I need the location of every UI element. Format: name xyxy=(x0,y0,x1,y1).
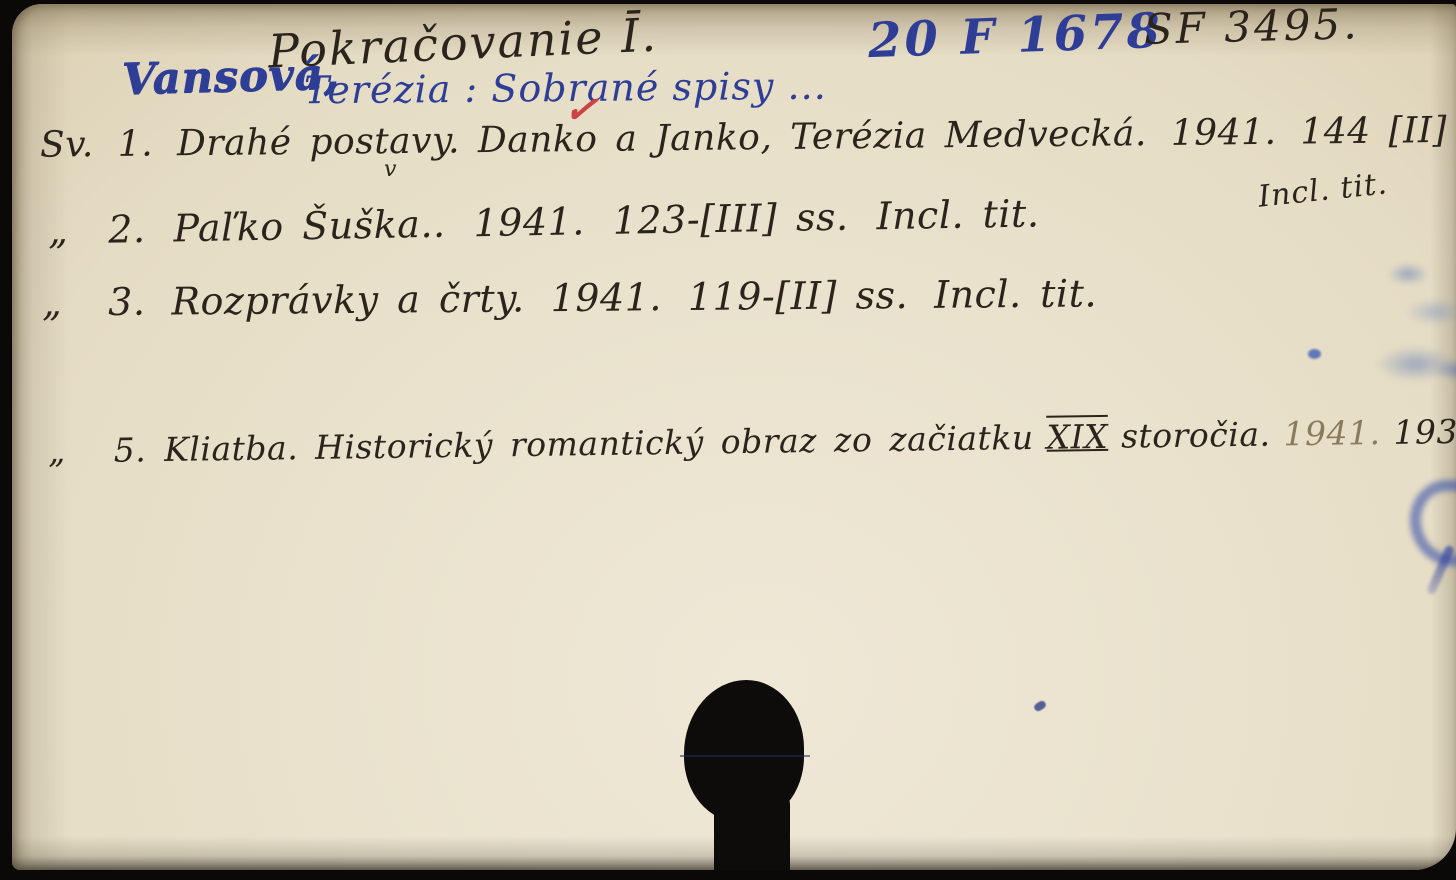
entry-note: Incl. tit. xyxy=(876,193,1040,238)
ditto-mark: „ xyxy=(42,282,63,324)
entry-row-3: „3.Rozprávky a črty.1941.119-[II] ss.Inc… xyxy=(42,273,1097,324)
entry-row-2: „2.Paľko Šuška..1941.123-[III] ss.Incl. … xyxy=(48,193,1040,252)
entry-year: 1941. xyxy=(1171,113,1277,154)
call-number-blue: 20 F 1678 xyxy=(867,5,1164,68)
ditto-mark: „ xyxy=(48,210,69,252)
ditto-mark: „ xyxy=(48,433,66,470)
blue-ink-smudge-wash xyxy=(1340,252,1456,404)
scan-artifact-line xyxy=(680,755,810,757)
entry-row-1: Sv.1.Drahé postavy. Danko a Janko, Teréz… xyxy=(40,110,1456,165)
entry-pages: 193-[I] ss. xyxy=(1393,412,1456,451)
entry-note: Incl. tit. xyxy=(934,273,1097,316)
call-number-black: SF 3495. xyxy=(1143,4,1360,53)
entry-title: Drahé postavy. Danko a Janko, Terézia Me… xyxy=(177,114,1147,164)
entry-title: Paľko Šuška.. xyxy=(173,204,446,251)
volume-number: 5. xyxy=(113,432,146,469)
volume-number: 3. xyxy=(108,282,146,324)
volume-number: 1. xyxy=(118,125,154,165)
entry-pages: 144 [II] ss. xyxy=(1300,110,1456,152)
roman-numeral-century: XIX xyxy=(1046,419,1108,456)
entry-year: 1941. xyxy=(550,277,662,320)
entry-pages: 123-[III] ss. xyxy=(612,197,848,243)
blue-ink-speck xyxy=(1033,699,1047,712)
insertion-caret-mark: v xyxy=(384,158,396,182)
entry-pages: 119-[II] ss. xyxy=(688,275,909,319)
entry-note-1: Incl. tit. xyxy=(1257,167,1390,213)
entry-title-after: storočia. xyxy=(1121,417,1271,455)
volume-prefix: Sv. xyxy=(40,125,94,165)
catalog-card: Pokračovanie Ī. Vansová, Terézia : Sobra… xyxy=(12,4,1456,870)
entry-title: Kliatba. Historický romantický obraz zo … xyxy=(164,420,1034,468)
card-punch-hole-slot xyxy=(714,794,790,870)
blue-ink-streak xyxy=(1426,544,1455,595)
entry-year: 1941. xyxy=(1283,415,1380,453)
scanned-catalog-card-scan: Pokračovanie Ī. Vansová, Terézia : Sobra… xyxy=(0,0,1456,880)
blue-ink-dot xyxy=(1308,349,1321,359)
entry-row-5: „5.Kliatba. Historický romantický obraz … xyxy=(48,410,1456,470)
entry-title: Rozprávky a črty. xyxy=(171,278,525,323)
volume-number: 2. xyxy=(108,209,146,251)
blue-ink-blot xyxy=(1410,480,1456,566)
entry-year: 1941. xyxy=(473,201,585,245)
